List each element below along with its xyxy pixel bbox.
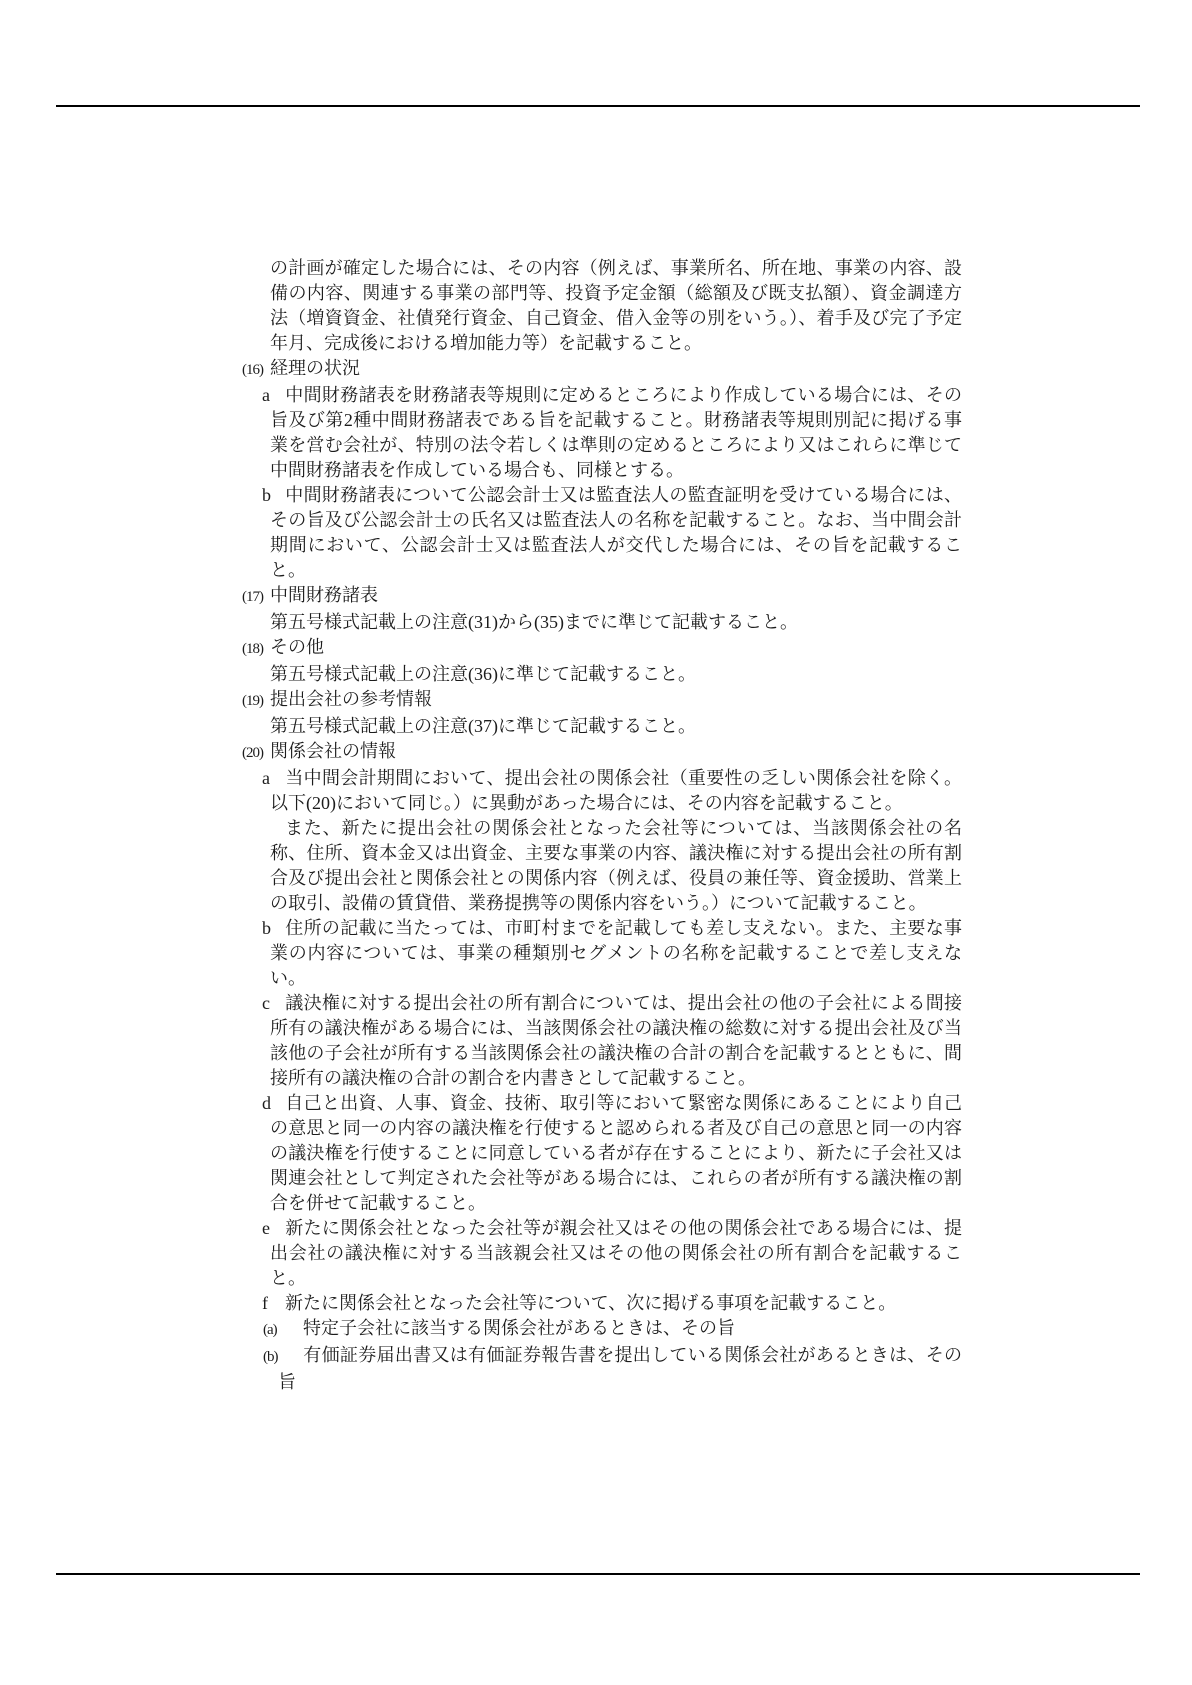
item-17-title: 中間財務諸表 [270,585,378,605]
item-20-f-a-marker: (a) [263,1318,303,1343]
paragraph-text: 第五号様式記載上の注意(37)に準じて記載すること。 [270,716,696,736]
paragraph-text: 第五号様式記載上の注意(36)に準じて記載すること。 [270,664,696,684]
item-16-b-marker: b [262,483,285,508]
item-17-marker: (17) [242,585,270,610]
paragraph-text: 中間財務諸表について公認会計士又は監査法人の監査証明を受けている場合には、その旨… [270,485,962,580]
item-16-title: 経理の状況 [270,358,360,378]
item-20-e-marker: e [262,1216,285,1241]
item-20-f: f新たに関係会社となった会社等について、次に掲げる事項を記載すること。 [242,1291,962,1316]
item-19-body: 第五号様式記載上の注意(37)に準じて記載すること。 [242,714,962,739]
paragraph-text: 新たに関係会社となった会社等が親会社又はその他の関係会社である場合には、提出会社… [270,1218,962,1288]
item-16-marker: (16) [242,358,270,383]
item-20-c: c議決権に対する提出会社の所有割合については、提出会社の他の子会社による間接所有… [242,991,962,1091]
item-20-f-b-marker: (b) [263,1345,303,1370]
top-rule [56,105,1140,107]
item-20-f-b: (b)有価証券届出書又は有価証券報告書を提出している関係会社があるときは、その旨 [242,1343,962,1395]
item-20-a: a当中間会計期間において、提出会社の関係会社（重要性の乏しい関係会社を除く。以下… [242,766,962,816]
item-20-heading: (20)関係会社の情報 [242,739,962,766]
item-18-heading: (18)その他 [242,635,962,662]
paragraph-text: 住所の記載に当たっては、市町村までを記載しても差し支えない。また、主要な事業の内… [270,918,962,988]
item-18-title: その他 [270,637,324,657]
item-16-a-marker: a [262,383,285,408]
item-19-marker: (19) [242,689,270,714]
item-17-body: 第五号様式記載上の注意(31)から(35)までに準じて記載すること。 [242,610,962,635]
paragraph-text: の計画が確定した場合には、その内容（例えば、事業所名、所在地、事業の内容、設備の… [270,258,962,353]
item-20-a-marker: a [262,766,285,791]
item-20-d: d自己と出資、人事、資金、技術、取引等において緊密な関係にあることにより自己の意… [242,1091,962,1216]
item-20-title: 関係会社の情報 [270,741,396,761]
paragraph-text: 有価証券届出書又は有価証券報告書を提出している関係会社があるときは、その旨 [278,1345,962,1392]
paragraph-text: 自己と出資、人事、資金、技術、取引等において緊密な関係にあることにより自己の意思… [270,1093,962,1213]
paragraph-text: 中間財務諸表を財務諸表等規則に定めるところにより作成している場合には、その旨及び… [270,385,962,480]
item-20-marker: (20) [242,741,270,766]
item-20-f-marker: f [262,1291,285,1316]
item-17-heading: (17)中間財務諸表 [242,583,962,610]
item-16-b: b中間財務諸表について公認会計士又は監査法人の監査証明を受けている場合には、その… [242,483,962,583]
item-16-heading: (16)経理の状況 [242,356,962,383]
item-20-d-marker: d [262,1091,285,1116]
item-20-f-a: (a)特定子会社に該当する関係会社があるときは、その旨 [242,1316,962,1343]
item-16-a: a中間財務諸表を財務諸表等規則に定めるところにより作成している場合には、その旨及… [242,383,962,483]
item-20-b-marker: b [262,916,285,941]
item-20-c-marker: c [262,991,285,1016]
item-19-heading: (19)提出会社の参考情報 [242,687,962,714]
document-page: の計画が確定した場合には、その内容（例えば、事業所名、所在地、事業の内容、設備の… [0,0,1192,1685]
item-19-title: 提出会社の参考情報 [270,689,432,709]
paragraph-plan-continuation: の計画が確定した場合には、その内容（例えば、事業所名、所在地、事業の内容、設備の… [242,256,962,356]
paragraph-text: 議決権に対する提出会社の所有割合については、提出会社の他の子会社による間接所有の… [270,993,962,1088]
item-20-e: e新たに関係会社となった会社等が親会社又はその他の関係会社である場合には、提出会… [242,1216,962,1291]
item-20-a-continuation: また、新たに提出会社の関係会社となった会社等については、当該関係会社の名称、住所… [242,816,962,916]
item-18-body: 第五号様式記載上の注意(36)に準じて記載すること。 [242,662,962,687]
item-20-b: b住所の記載に当たっては、市町村までを記載しても差し支えない。また、主要な事業の… [242,916,962,991]
paragraph-text: また、新たに提出会社の関係会社となった会社等については、当該関係会社の名称、住所… [270,818,962,913]
paragraph-text: 第五号様式記載上の注意(31)から(35)までに準じて記載すること。 [270,612,798,632]
document-text-block: の計画が確定した場合には、その内容（例えば、事業所名、所在地、事業の内容、設備の… [242,256,962,1395]
item-18-marker: (18) [242,637,270,662]
paragraph-text: 新たに関係会社となった会社等について、次に掲げる事項を記載すること。 [285,1293,896,1313]
paragraph-text: 特定子会社に該当する関係会社があるときは、その旨 [303,1318,735,1338]
bottom-rule [56,1573,1140,1575]
paragraph-text: 当中間会計期間において、提出会社の関係会社（重要性の乏しい関係会社を除く。以下(… [270,768,962,813]
